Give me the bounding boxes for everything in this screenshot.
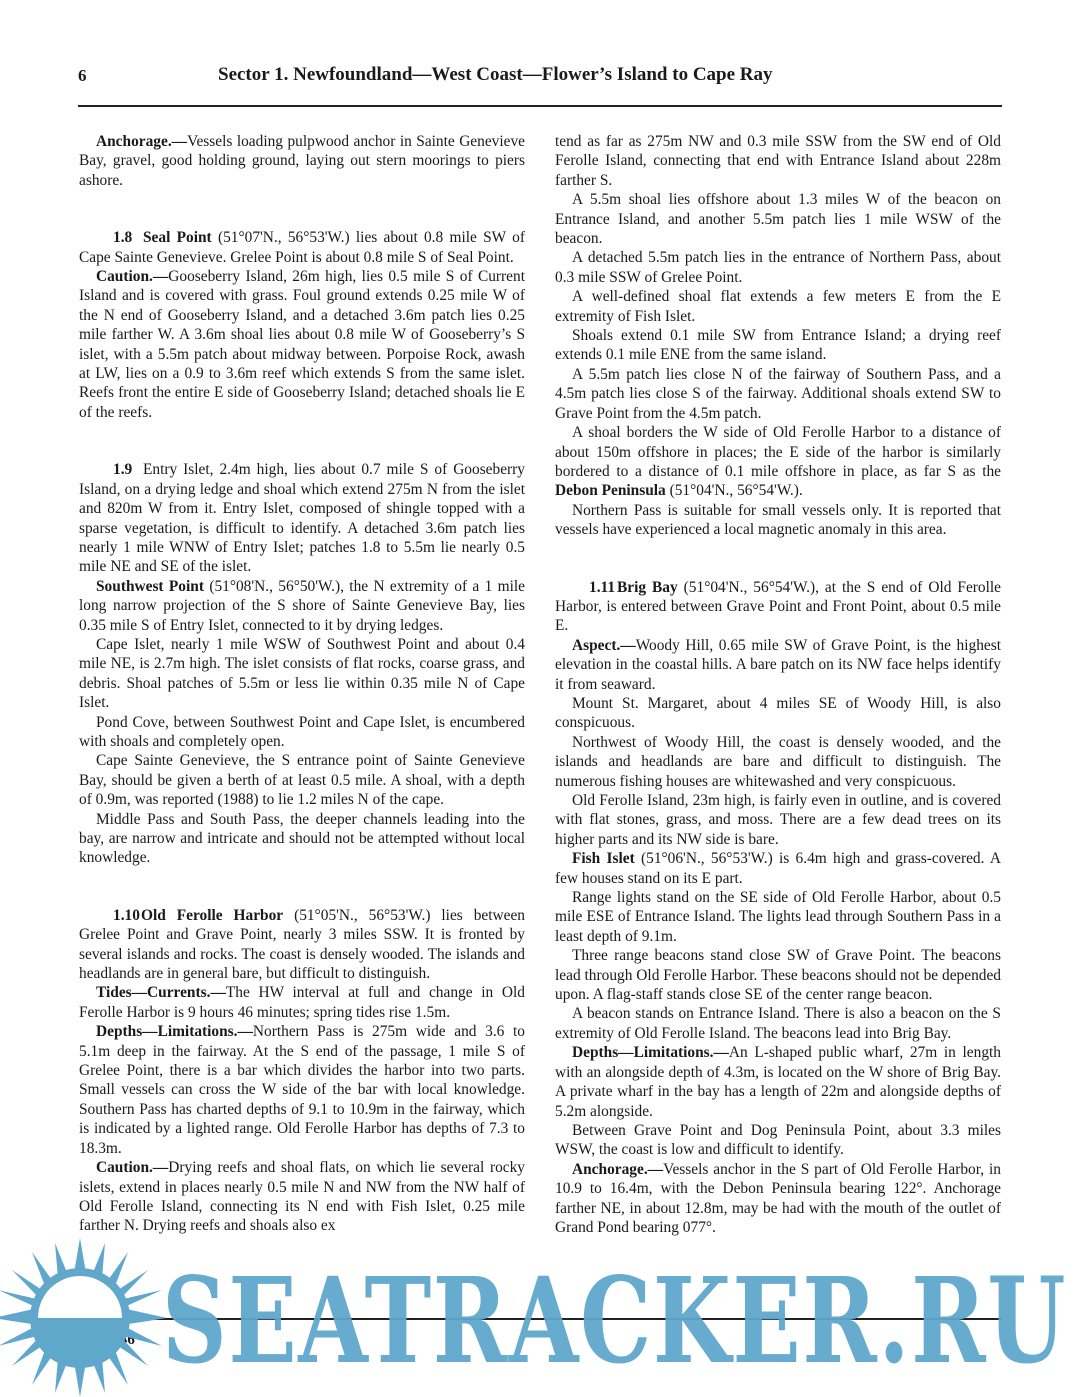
page-header: 6 Sector 1. Newfoundland—West Coast—Flow…	[78, 60, 1000, 100]
depths-limitations-paragraph: Depths—Limitations.—Northern Pass is 275…	[79, 1022, 525, 1158]
northwest-woody-hill-paragraph: Northwest of Woody Hill, the coast is de…	[555, 733, 1001, 791]
depths-label: Depths—Limitations.—	[96, 1023, 253, 1040]
pond-cove-paragraph: Pond Cove, between Southwest Point and C…	[79, 713, 525, 752]
depths-label: Depths—Limitations.—	[572, 1044, 729, 1061]
beacon-entrance-paragraph: A beacon stands on Entrance Island. Ther…	[555, 1004, 1001, 1043]
caution-label: Caution.—	[96, 1159, 168, 1176]
shoal-offshore-paragraph: A 5.5m shoal lies offshore about 1.3 mil…	[555, 190, 1001, 248]
section-1-8: 1.8Seal Point (51°07'N., 56°53'W.) lies …	[79, 228, 525, 267]
place-name-debon-peninsula: Debon Peninsula	[555, 482, 666, 499]
shoal-flat-paragraph: A well-defined shoal flat extends a few …	[555, 287, 1001, 326]
right-column: tend as far as 275m NW and 0.3 mile SSW …	[555, 132, 1001, 1237]
footer-rule	[78, 1318, 1002, 1320]
aspect-paragraph: Aspect.—Woody Hill, 0.65 mile SW of Grav…	[555, 636, 1001, 694]
publication-label: Pub. 146	[79, 1332, 135, 1349]
old-ferolle-island-paragraph: Old Ferolle Island, 23m high, is fairly …	[555, 791, 1001, 849]
anchorage-label: Anchorage.—	[96, 133, 187, 150]
anchorage-paragraph: Anchorage.—Vessels loading pulpwood anch…	[79, 132, 525, 190]
caution-paragraph: Caution.—Gooseberry Island, 26m high, li…	[79, 267, 525, 422]
shoals-extend-paragraph: Shoals extend 0.1 mile SW from Entrance …	[555, 326, 1001, 365]
range-beacons-paragraph: Three range beacons stand close SW of Gr…	[555, 946, 1001, 1004]
southern-pass-patch-paragraph: A 5.5m patch lies close N of the fairway…	[555, 365, 1001, 423]
tides-label: Tides—Currents.—	[96, 984, 226, 1001]
caution-continued: tend as far as 275m NW and 0.3 mile SSW …	[555, 132, 1001, 190]
section-number: 1.8	[96, 228, 143, 247]
place-name-seal-point: Seal Point	[143, 229, 212, 246]
depths-limitations-paragraph-brig: Depths—Limitations.—An L-shaped public w…	[555, 1043, 1001, 1121]
sunburst-half-circle	[38, 1276, 122, 1318]
place-name-brig-bay: Brig Bay	[617, 579, 678, 596]
range-lights-paragraph: Range lights stand on the SE side of Old…	[555, 888, 1001, 946]
place-name-southwest-point: Southwest Point	[96, 578, 204, 595]
section-number: 1.9	[96, 460, 143, 479]
running-title: Sector 1. Newfoundland—West Coast—Flower…	[218, 64, 773, 86]
section-number: 1.11	[572, 578, 617, 597]
grave-point-paragraph: Between Grave Point and Dog Peninsula Po…	[555, 1121, 1001, 1160]
place-name-fish-islet: Fish Islet	[572, 850, 635, 867]
detached-patch-paragraph: A detached 5.5m patch lies in the entran…	[555, 248, 1001, 287]
cape-islet-paragraph: Cape Islet, nearly 1 mile WSW of Southwe…	[79, 635, 525, 713]
section-1-9: 1.9Entry Islet, 2.4m high, lies about 0.…	[79, 460, 525, 576]
tides-currents-paragraph: Tides—Currents.—The HW interval at full …	[79, 983, 525, 1022]
southwest-point-paragraph: Southwest Point (51°08'N., 56°50'W.), th…	[79, 577, 525, 635]
section-number: 1.10	[96, 906, 141, 925]
header-rule	[78, 105, 1002, 107]
caution-label: Caution.—	[96, 268, 168, 285]
watermark-text: SEATRACKER.RU	[162, 1251, 1067, 1390]
section-1-10: 1.10Old Ferolle Harbor (51°05'N., 56°53'…	[79, 906, 525, 984]
middle-pass-paragraph: Middle Pass and South Pass, the deeper c…	[79, 810, 525, 868]
shoal-borders-paragraph: A shoal borders the W side of Old Feroll…	[555, 423, 1001, 501]
page-number: 6	[78, 66, 87, 86]
northern-pass-paragraph: Northern Pass is suitable for small vess…	[555, 501, 1001, 540]
mount-st-margaret-paragraph: Mount St. Margaret, about 4 miles SE of …	[555, 694, 1001, 733]
anchorage-paragraph-brig: Anchorage.—Vessels anchor in the S part …	[555, 1160, 1001, 1238]
place-name-old-ferolle-harbor: Old Ferolle Harbor	[141, 907, 283, 924]
caution-paragraph-harbor: Caution.—Drying reefs and shoal flats, o…	[79, 1158, 525, 1236]
anchorage-label: Anchorage.—	[572, 1161, 663, 1178]
fish-islet-paragraph: Fish Islet (51°06'N., 56°53'W.) is 6.4m …	[555, 849, 1001, 888]
section-1-11: 1.11Brig Bay (51°04'N., 56°54'W.), at th…	[555, 578, 1001, 636]
aspect-label: Aspect.—	[572, 637, 636, 654]
cape-sainte-genevieve-paragraph: Cape Sainte Genevieve, the S entrance po…	[79, 751, 525, 809]
left-column: Anchorage.—Vessels loading pulpwood anch…	[79, 132, 525, 1236]
